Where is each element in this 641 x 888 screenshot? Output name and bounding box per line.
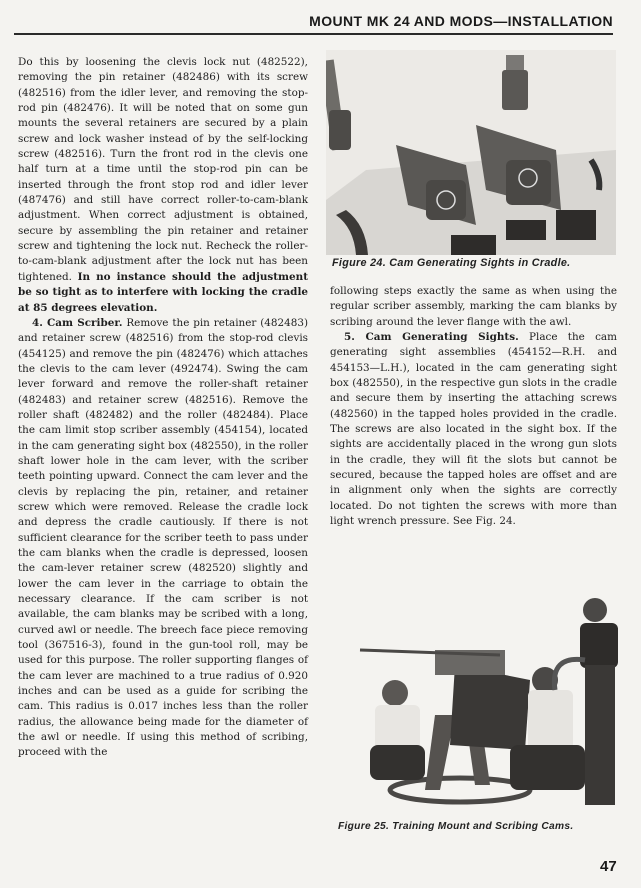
figure-25-photo (340, 595, 620, 810)
figure-24-photo (326, 50, 616, 255)
figure-24-caption: Figure 24. Cam Generating Sights in Crad… (332, 257, 571, 269)
section-heading: 5. Cam Generating Sights. (344, 331, 519, 343)
page-number: 47 (600, 858, 617, 875)
paragraph: following steps exactly the same as when… (330, 284, 617, 330)
training-mount-image (340, 595, 620, 810)
paragraph-cam-generating-sights: 5. Cam Generating Sights. Place the cam … (330, 330, 617, 529)
page-header: MOUNT MK 24 AND MODS—INSTALLATION (0, 0, 641, 36)
cam-sights-cradle-image (326, 50, 616, 255)
header-rule (14, 33, 613, 35)
right-column: following steps exactly the same as when… (330, 284, 617, 530)
section-heading: 4. Cam Scriber. (32, 317, 122, 329)
paragraph: Do this by loosening the clevis lock nut… (18, 55, 308, 316)
section-title: MOUNT MK 24 AND MODS—INSTALLATION (309, 13, 613, 29)
figure-25-caption: Figure 25. Training Mount and Scribing C… (338, 821, 573, 832)
paragraph-cam-scriber: 4. Cam Scriber. Remove the pin retainer … (18, 316, 308, 761)
left-column: Do this by loosening the clevis lock nut… (18, 55, 308, 761)
